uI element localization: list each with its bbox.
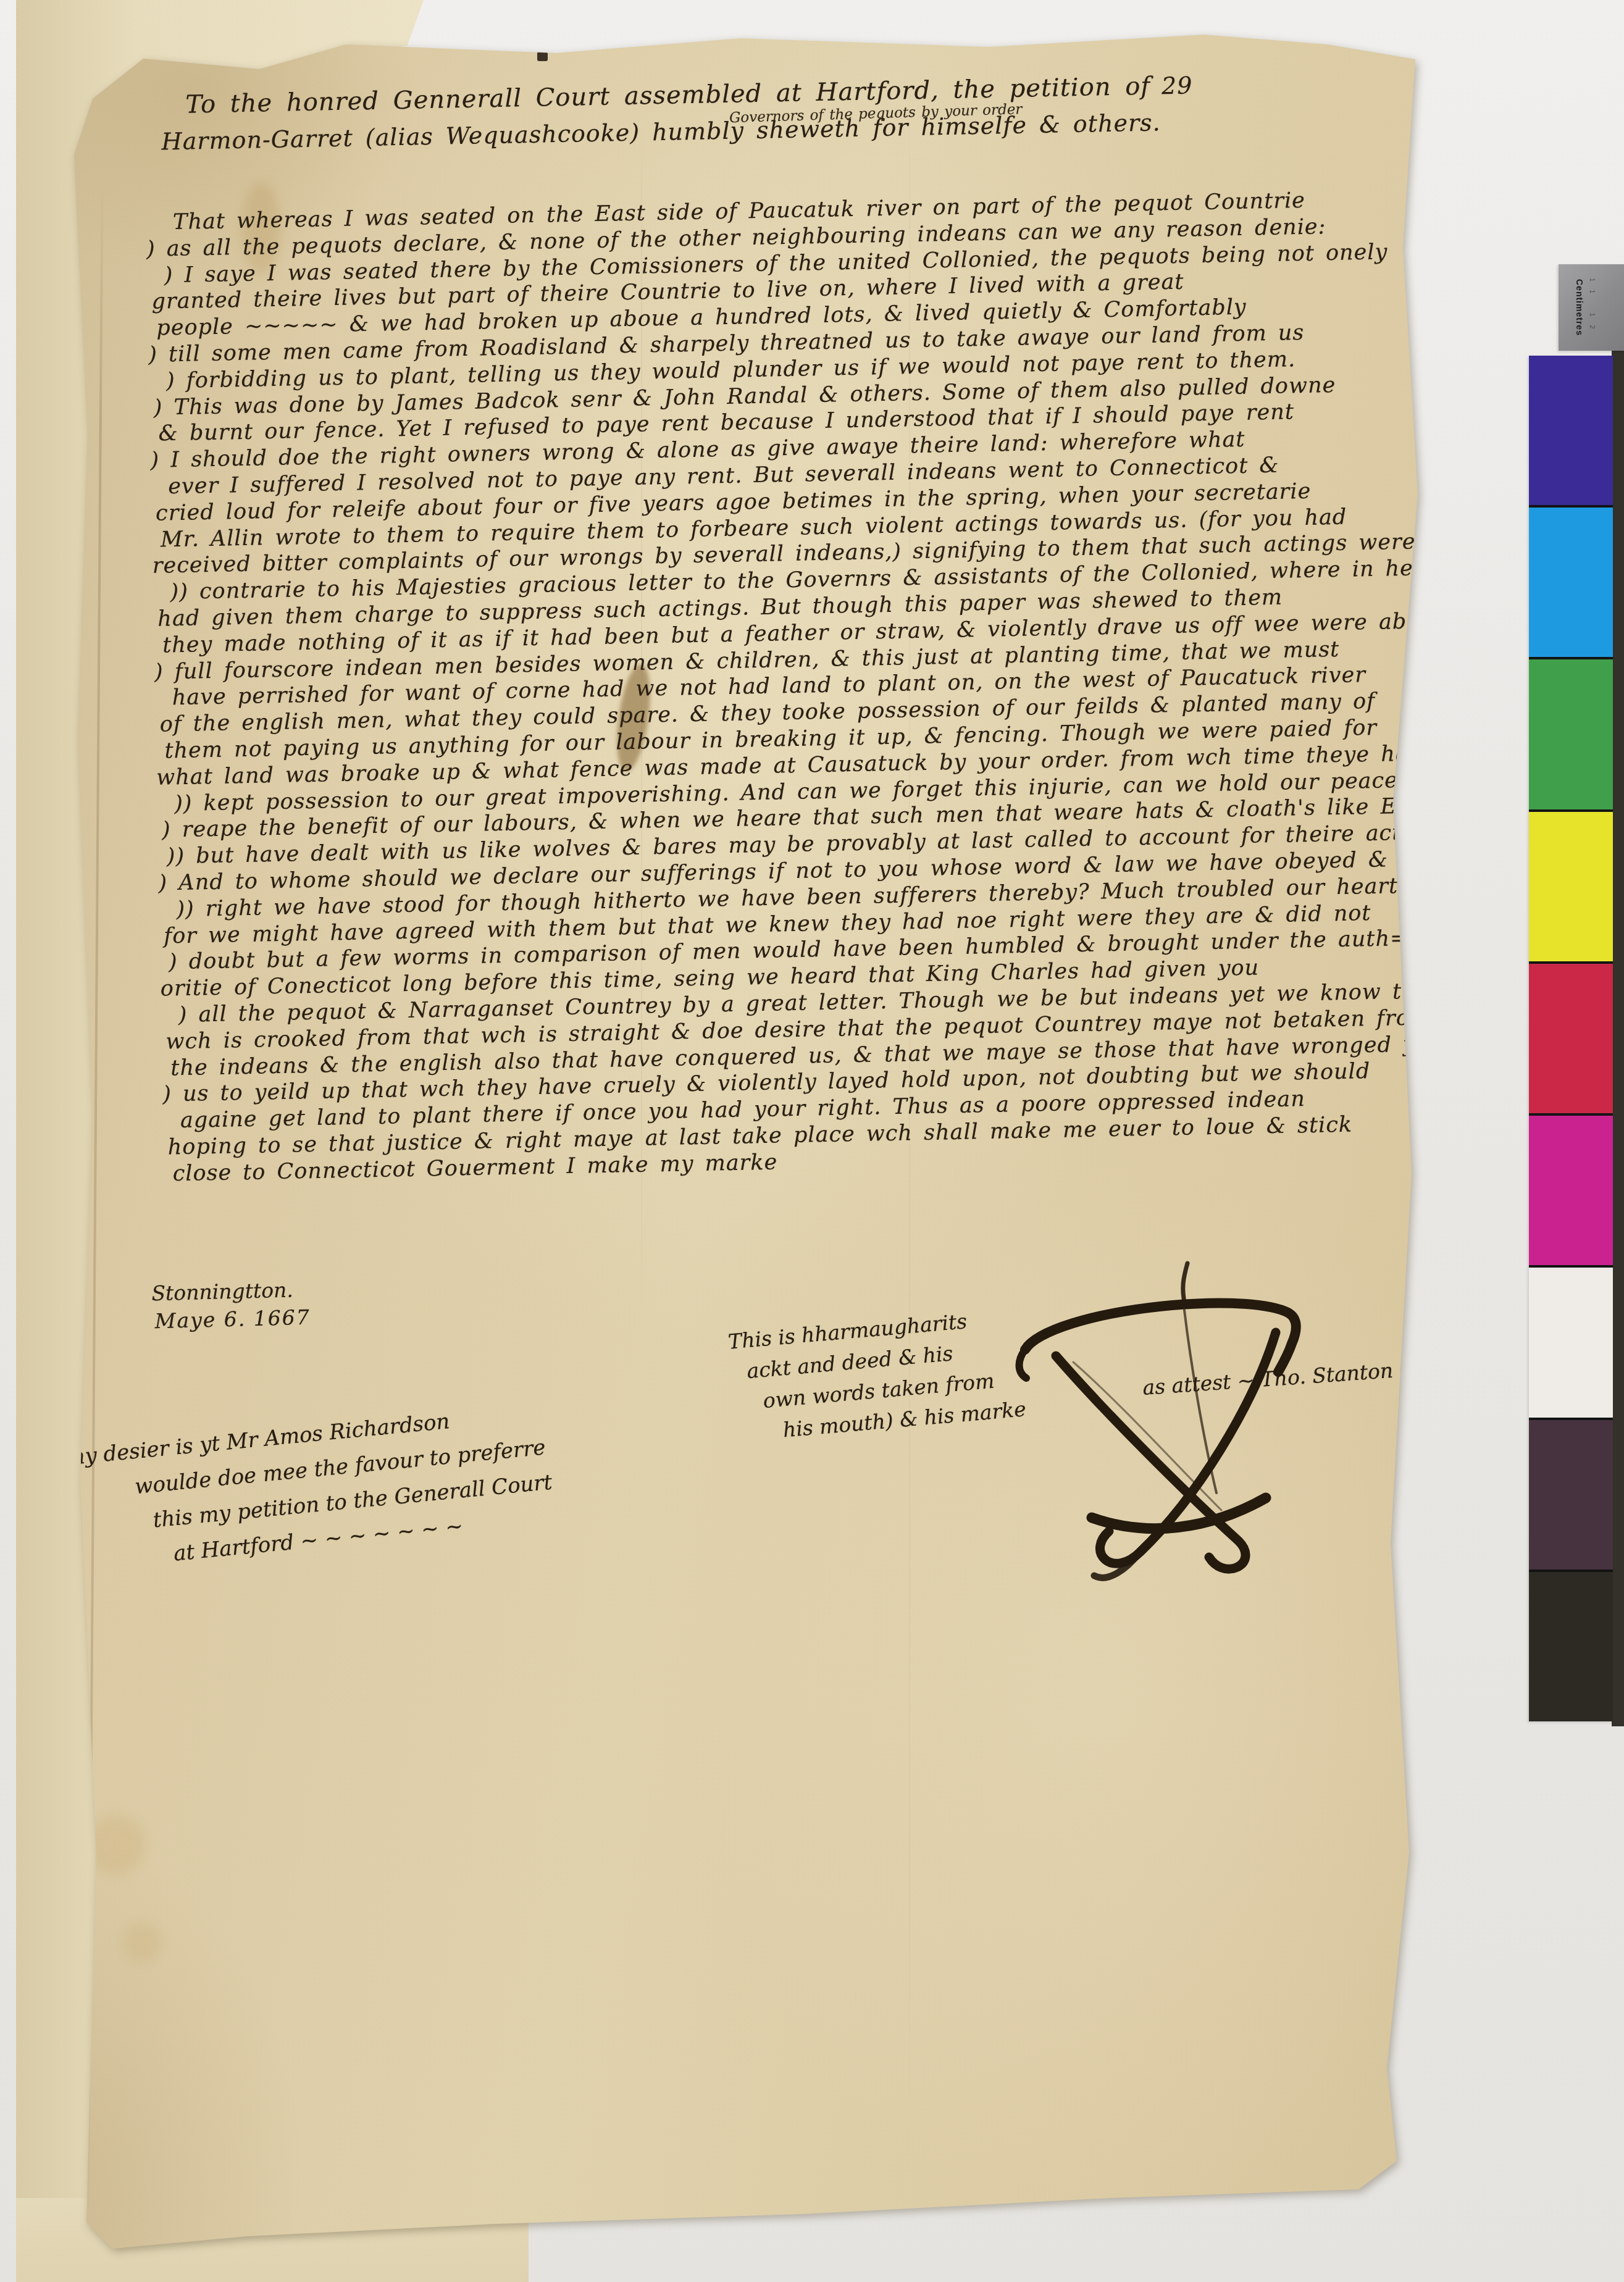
ink-stain-left-edge [32,951,77,1080]
date-line: Maye 6. 1667 [154,1305,311,1334]
gutter-crease [87,185,104,2217]
petition-body: That whereas I was seated on the East si… [144,185,1460,1188]
color-swatch-magenta [1529,1116,1613,1268]
foxing-spot [86,1815,145,1874]
attestation-block: This is hharmaugharitsackt and deed & hi… [727,1302,1028,1450]
color-swatch-yellow [1529,812,1613,964]
manuscript-page: To the honred Gennerall Court assembled … [0,0,1624,2282]
color-swatch-blue [1529,508,1613,659]
color-swatch-green [1529,659,1613,811]
color-swatch-indigo [1529,356,1613,508]
centimetre-scale-card: Centimetres 11 12 [1559,264,1624,351]
manuscript-text: To the honred Gennerall Court assembled … [142,67,1460,1187]
signature-mark-drawing [999,1251,1320,1587]
color-swatch-white [1529,1268,1613,1419]
delivery-request-block: my desier is yt Mr Amos Richardsonwoulde… [64,1395,557,1581]
place-name: Stonningtton. [151,1277,310,1306]
foxing-spot-small [123,1923,162,1962]
scale-card-ticks: 11 12 [1588,278,1596,338]
scale-card-label: Centimetres [1575,279,1584,336]
ink-blot-top [537,52,548,61]
scanned-document-stage: To the honred Gennerall Court assembled … [0,0,1624,2282]
manuscript-page-wrap: To the honred Gennerall Court assembled … [0,0,1624,2282]
harmon-garret-mark [999,1251,1320,1587]
color-swatch-black-olive [1529,1572,1613,1721]
color-swatch-dark-maroon [1529,1420,1613,1572]
scan-background-strip [1612,343,1624,1726]
archival-number: 29 [1161,72,1193,99]
ink-stain-left-edge-small [38,1111,68,1170]
color-swatch-red [1529,964,1613,1116]
color-calibration-bar [1529,356,1613,1721]
place-date-block: Stonningtton. Maye 6. 1667 [151,1277,311,1334]
